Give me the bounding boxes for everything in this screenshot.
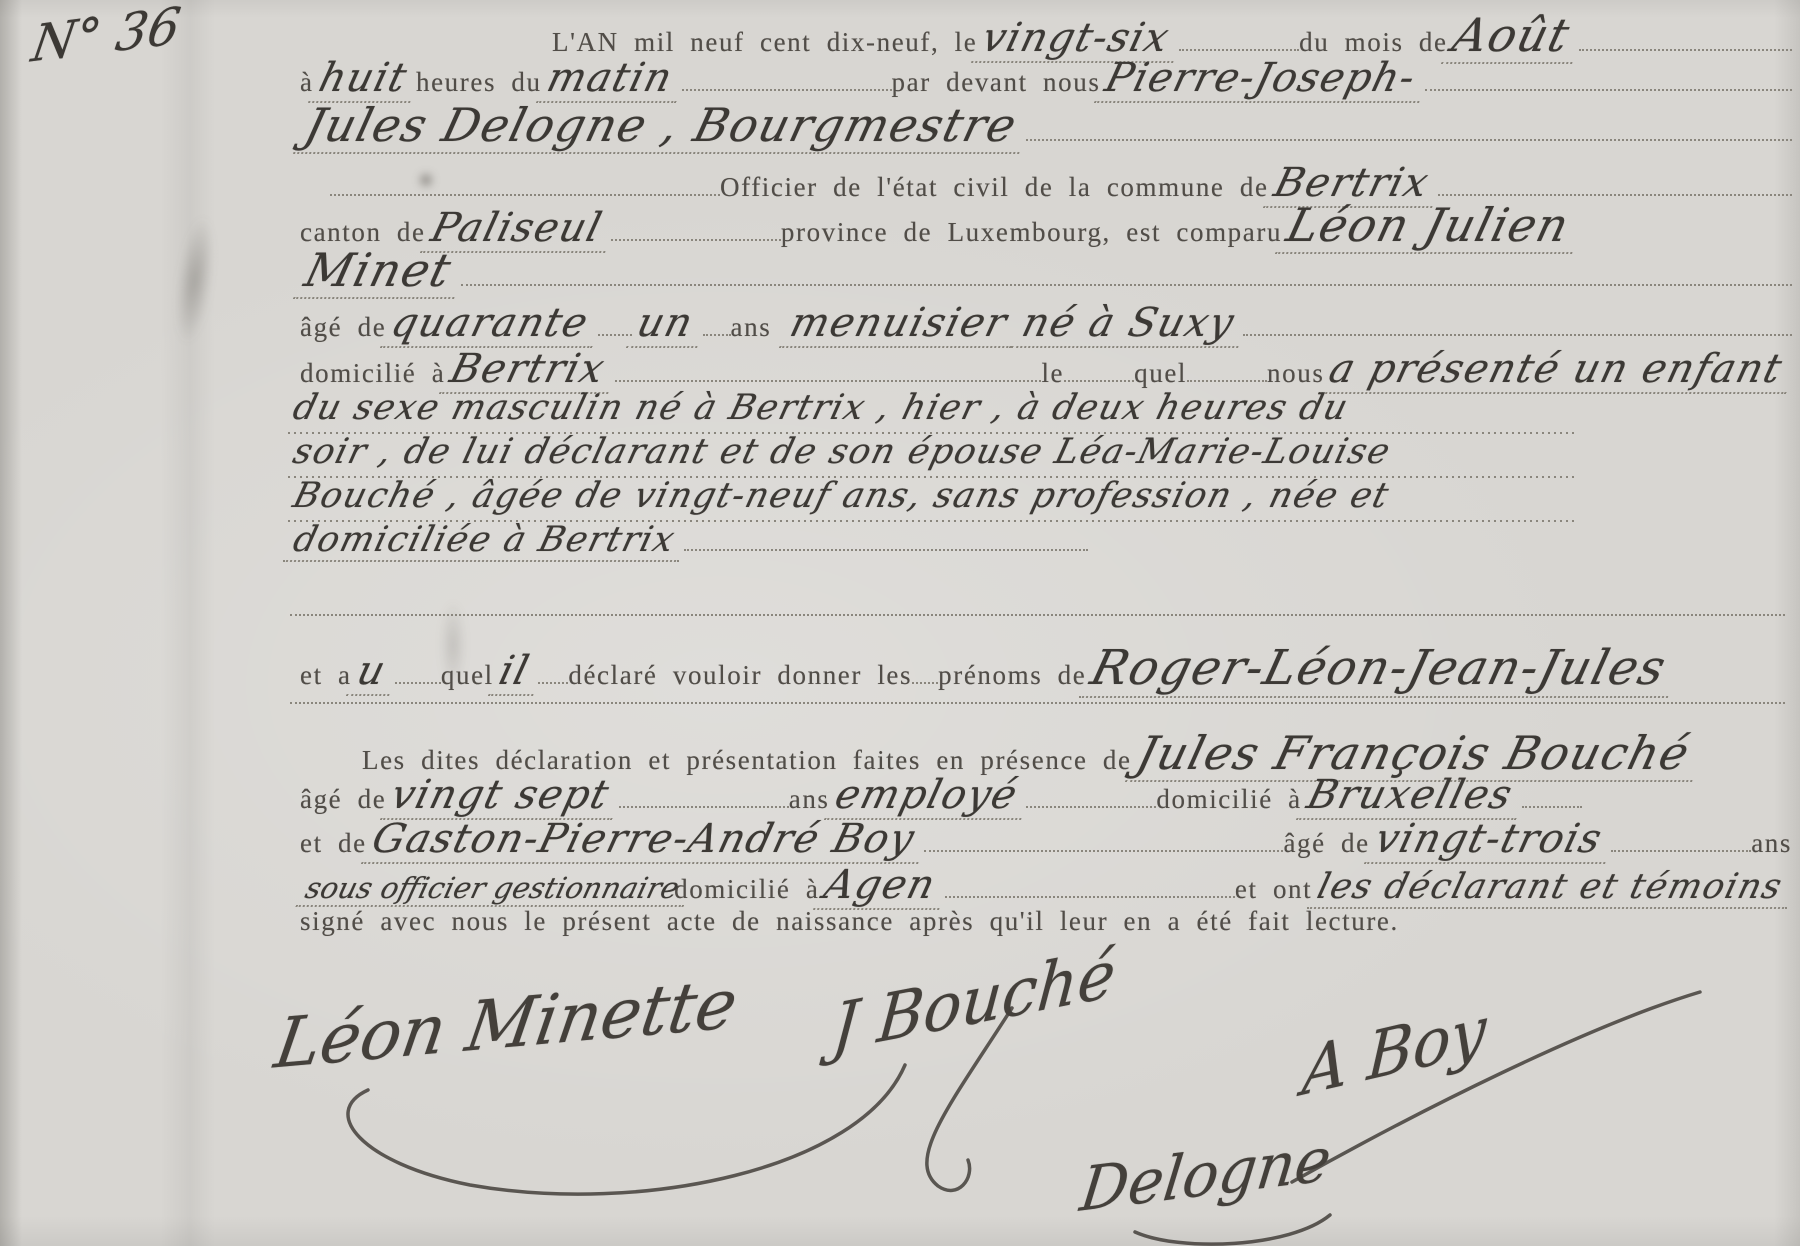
scanned-birth-certificate: N° 36 L'AN mil neuf cent dix-neuf, le vi…	[0, 0, 1800, 1246]
entry-age-tens: quarante	[380, 300, 604, 348]
entry-signing-parties: les déclarant et témoins	[1307, 867, 1797, 909]
dotted-rule	[1438, 192, 1792, 196]
dotted-rule	[1611, 848, 1751, 852]
dotted-rule	[1026, 804, 1156, 808]
printed-text: âgé de	[300, 312, 386, 343]
entry-witness2-profession: sous officier gestionnaire	[296, 871, 693, 907]
dotted-rule	[945, 894, 1235, 898]
printed-text: signé avec nous le présent acte de naiss…	[300, 906, 1399, 937]
printed-text: quel	[441, 660, 494, 691]
dotted-rule	[1522, 804, 1582, 808]
entry-profession: menuisier	[779, 300, 1022, 348]
printed-text: et de	[300, 828, 367, 859]
handwritten-line: domiciliée à Bertrix	[288, 520, 1088, 562]
dotted-rule	[611, 237, 781, 241]
entry-birthplace: né à Suxy	[1011, 300, 1249, 348]
dotted-rule	[538, 680, 568, 684]
entry-witness1-domicile: Bruxelles	[1296, 772, 1528, 820]
printed-text: âgé de	[300, 784, 386, 815]
printed-text: et ont	[1235, 874, 1312, 905]
form-line-declarant-age: âgé de quarante un ans menuisier né à Su…	[300, 300, 1792, 348]
printed-text: prénoms de	[938, 660, 1086, 691]
dotted-rule	[1187, 378, 1267, 382]
entry-witness1-profession: employé	[824, 772, 1033, 820]
entry-domicile: Bertrix	[439, 346, 620, 394]
form-line-domicile: domicilié à Bertrix le quel nous a prése…	[300, 346, 1792, 394]
printed-text: domicilié à	[674, 874, 819, 905]
printed-text: du mois de	[1299, 27, 1448, 58]
dotted-rule	[619, 804, 789, 808]
entry-mother-age: Bouché , âgée de vingt-neuf ans, sans pr…	[283, 476, 1404, 516]
entry-witness2-name: Gaston-Pierre-André Boy	[361, 816, 930, 864]
dotted-rule	[684, 547, 1088, 551]
entry-presentation: a présenté un enfant	[1318, 346, 1798, 394]
dotted-rule	[1579, 47, 1792, 51]
entry-il: il	[488, 648, 545, 696]
entry-declarant-surname: Minet	[293, 243, 468, 299]
dotted-rule	[395, 680, 441, 684]
printed-text: ans	[789, 784, 830, 815]
dotted-rule	[1243, 332, 1792, 336]
form-line-prenoms: et a u quel il déclaré vouloir donner le…	[300, 640, 1792, 698]
entry-mother-names: soir , de lui déclarant et de son épouse…	[283, 432, 1405, 472]
dotted-rule	[703, 332, 731, 336]
printed-text: domicilié à	[300, 358, 445, 389]
ink-smudge	[169, 213, 221, 346]
form-line-witness1-age: âgé de vingt sept ans employé domicilié …	[300, 772, 1792, 820]
entry-age-units: un	[626, 300, 708, 348]
form-line-declarant-surname: Minet	[300, 243, 1792, 299]
entry-witness2-domicile: Agen	[813, 862, 951, 910]
dotted-rule	[290, 700, 1785, 704]
form-line-closing: signé avec nous le présent acte de naiss…	[300, 906, 1792, 937]
form-line-witness2-domicile: sous officier gestionnaire domicilié à A…	[300, 862, 1792, 910]
printed-text: par devant nous	[892, 67, 1101, 98]
form-line-hour: à huit heures du matin par devant nous P…	[300, 55, 1792, 103]
signature-officer: Delogne	[1077, 1124, 1335, 1226]
entry-witness1-age: vingt sept	[380, 772, 624, 820]
printed-text: âgé de	[1283, 828, 1369, 859]
entry-hour: huit	[308, 55, 422, 103]
entry-child-sex-birth: du sexe masculin né à Bertrix , hier , à…	[283, 388, 1363, 428]
signature-declarant: Léon Minette	[270, 964, 743, 1085]
dotted-rule	[290, 612, 1785, 616]
printed-text: ans	[1751, 828, 1792, 859]
printed-text: déclaré vouloir donner les	[568, 660, 912, 691]
printed-text: L'AN mil neuf cent dix-neuf, le	[552, 27, 977, 58]
form-line-officer: Jules Delogne , Bourgmestre	[300, 98, 1792, 154]
printed-text: et a	[300, 660, 352, 691]
printed-text: domicilié à	[1156, 784, 1301, 815]
printed-text: heures du	[416, 67, 542, 98]
dotted-rule	[1064, 378, 1134, 382]
entry-ampm: matin	[536, 55, 688, 103]
dotted-rule	[1179, 47, 1299, 51]
signature-witness2: A Boy	[1300, 992, 1487, 1111]
printed-text: ans	[731, 312, 772, 343]
printed-text: quel	[1134, 358, 1187, 389]
dotted-rule	[682, 87, 892, 91]
dotted-rule	[461, 282, 1792, 286]
entry-child-prenoms: Roger-Léon-Jean-Jules	[1079, 640, 1683, 698]
entry-witness2-age: vingt-trois	[1364, 816, 1617, 864]
dotted-rule	[598, 332, 632, 336]
form-line-witness2: et de Gaston-Pierre-André Boy âgé de vin…	[300, 816, 1792, 864]
entry-mother-domicile: domiciliée à Bertrix	[283, 520, 690, 562]
entry-auquel: u	[346, 648, 401, 696]
printed-text: nous	[1267, 358, 1324, 389]
dotted-rule	[330, 192, 720, 196]
entry-officer-firstnames: Pierre-Joseph-	[1094, 55, 1431, 103]
dotted-rule	[1425, 87, 1792, 91]
printed-text: le	[1041, 358, 1064, 389]
dotted-rule	[615, 378, 1042, 382]
dotted-rule	[1026, 137, 1792, 141]
signature-witness1: J Bouché	[829, 936, 1118, 1068]
dotted-rule	[924, 848, 1284, 852]
act-number: N° 36	[28, 0, 185, 74]
entry-officer-name-title: Jules Delogne , Bourgmestre	[293, 98, 1033, 154]
dotted-rule	[912, 680, 938, 684]
